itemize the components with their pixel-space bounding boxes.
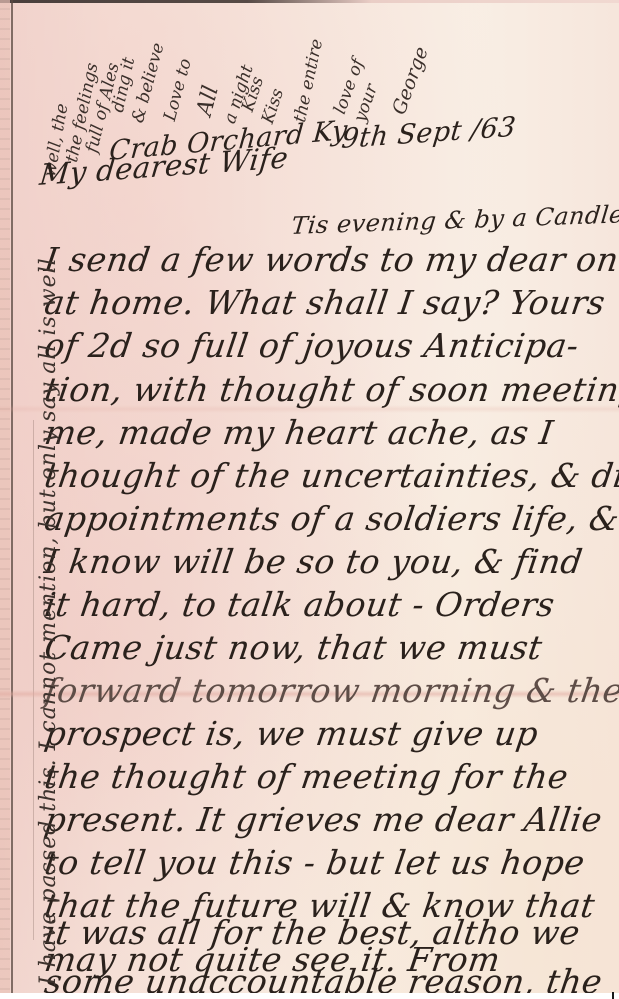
body-line: present. It grieves me dear Allie: [42, 800, 605, 840]
body-line: it hard, to talk about - Orders: [42, 585, 557, 625]
body-line: of 2d so full of joyous Anticipa-: [42, 326, 581, 366]
body-line: forward tomorrow morning & the: [42, 671, 619, 711]
body-line: some unaccountable reason, the: [42, 962, 605, 993]
body-line: the thought of meeting for the: [42, 757, 571, 797]
cross-writing-line: All: [192, 83, 224, 118]
cross-writing-line: Love to: [160, 56, 196, 123]
inner-margin-line: [33, 420, 34, 940]
cross-writing-line: the entire: [290, 37, 327, 124]
scan-edge-mark: [612, 992, 614, 999]
body-line: appointments of a soldiers life, & this: [42, 499, 619, 539]
opening-line: Tis evening & by a Candle: [290, 200, 619, 240]
body-line: at home. What shall I say? Yours: [42, 283, 608, 323]
paper-left-edge: [0, 0, 10, 993]
margin-vertical-note: I have passed this. I cannot mention, bu…: [36, 257, 61, 985]
body-line: to tell you this - but let us hope: [42, 843, 587, 883]
scan-bottom-border: [0, 993, 619, 999]
body-line: I send a few words to my dear ones: [42, 240, 619, 280]
body-line: prospect is, we must give up: [42, 714, 541, 754]
body-line: me, made my heart ache, as I: [42, 413, 556, 453]
body-line: tion, with thought of soon meeting: [42, 370, 619, 410]
cross-writing-signature: George: [388, 44, 433, 118]
body-line: Came just now, that we must: [42, 628, 545, 668]
scan-top-edge: [0, 0, 619, 3]
body-line: thought of the uncertainties, & dis-: [42, 456, 619, 496]
body-line: I know will be so to you, & find: [42, 542, 585, 582]
margin-rule-line: [11, 0, 13, 993]
letter-page: well, the the feelings full of Ales ding…: [0, 0, 619, 993]
